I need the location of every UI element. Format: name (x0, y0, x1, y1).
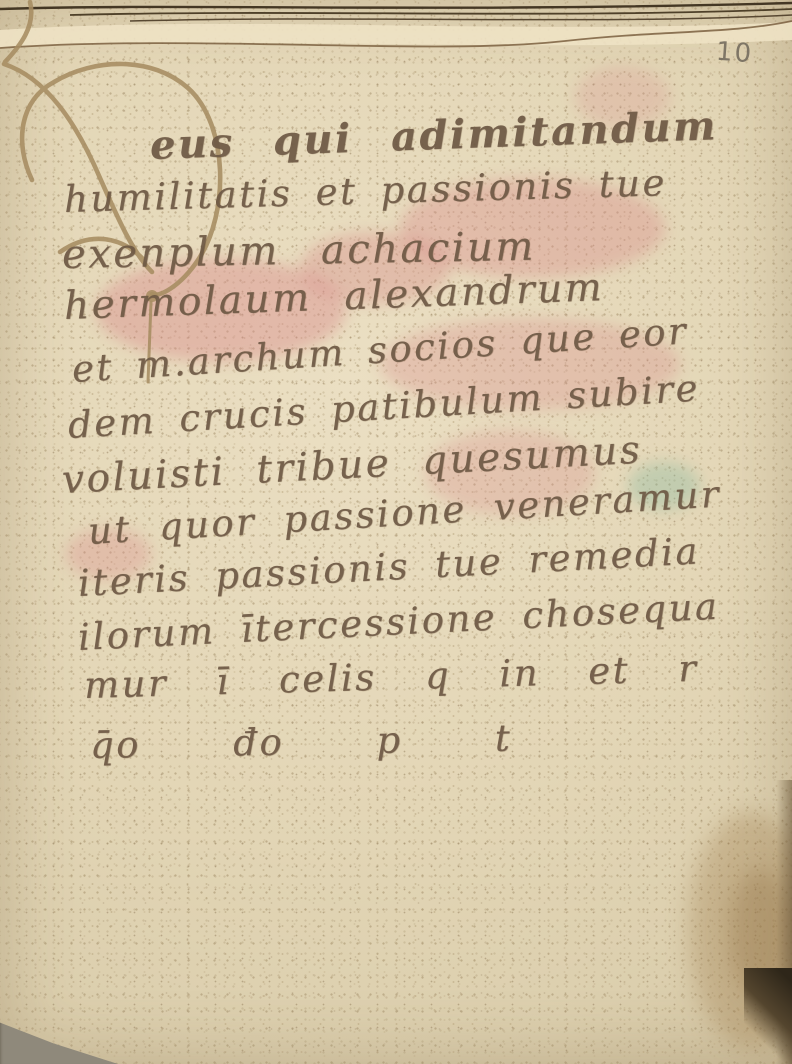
prayer-line-12: q̄o đo p t (90, 717, 513, 767)
manuscript-page-photo: 10 eus qui adimitandum humilitatis et pa… (0, 0, 792, 1064)
page-number: 10 (715, 37, 754, 70)
bottom-right-page-corner (744, 968, 792, 1064)
prayer-line-11: mur ī celis q in et r (83, 647, 699, 707)
bottom-left-page-corner (0, 1018, 118, 1064)
